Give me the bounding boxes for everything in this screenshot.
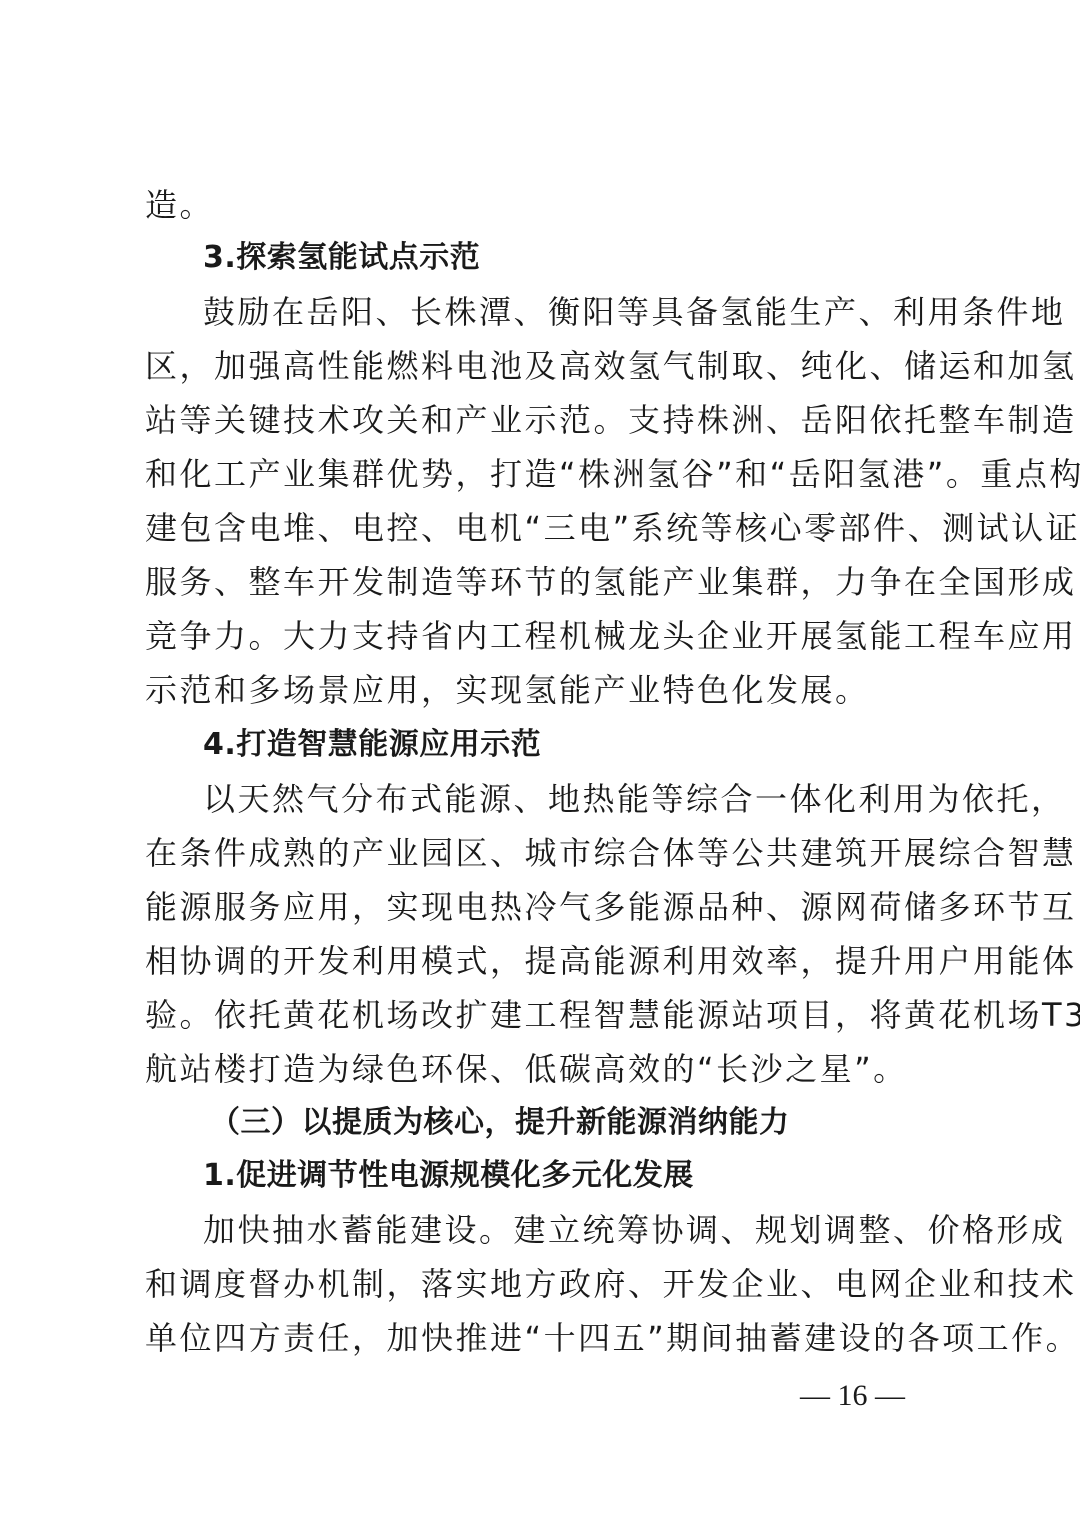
subheading-smart-energy: 4.打造智慧能源应用示范 [203,718,943,772]
paragraph-line: 服务、整车开发制造等环节的氢能产业集群，力争在全国形成 [145,555,945,609]
paragraph-line: 验。依托黄花机场改扩建工程智慧能源站项目，将黄花机场T3 [145,988,945,1042]
paragraph-line: 航站楼打造为绿色环保、低碳高效的“长沙之星”。 [145,1042,945,1096]
page-number: — 16 — [800,1378,905,1414]
paragraph-line: 相协调的开发利用模式，提高能源利用效率，提升用户用能体 [145,934,945,988]
subheading-regulating-power: 1.促进调节性电源规模化多元化发展 [203,1149,943,1203]
section-heading-3: （三）以提质为核心，提升新能源消纳能力 [210,1096,1010,1150]
paragraph-line: 站等关键技术攻关和产业示范。支持株洲、岳阳依托整车制造 [145,393,945,447]
paragraph-line: 建包含电堆、电控、电机“三电”系统等核心零部件、测试认证 [145,501,945,555]
paragraph-line: 能源服务应用，实现电热冷气多能源品种、源网荷储多环节互 [145,880,945,934]
paragraph-line: 鼓励在岳阳、长株潭、衡阳等具备氢能生产、利用条件地 [203,285,943,339]
paragraph-line: 造。 [145,178,945,232]
paragraph-line: 区，加强高性能燃料电池及高效氢气制取、纯化、储运和加氢 [145,339,945,393]
paragraph-line: 加快抽水蓄能建设。建立统筹协调、规划调整、价格形成 [203,1203,943,1257]
document-page: 造。 3.探索氢能试点示范 鼓励在岳阳、长株潭、衡阳等具备氢能生产、利用条件地 … [0,0,1080,1526]
paragraph-line: 示范和多场景应用，实现氢能产业特色化发展。 [145,663,945,717]
paragraph-line: 在条件成熟的产业园区、城市综合体等公共建筑开展综合智慧 [145,826,945,880]
subheading-hydrogen-pilot: 3.探索氢能试点示范 [203,231,943,285]
paragraph-line: 单位四方责任，加快推进“十四五”期间抽蓄建设的各项工作。 [145,1311,945,1365]
paragraph-line: 以天然气分布式能源、地热能等综合一体化利用为依托， [203,772,943,826]
paragraph-line: 和调度督办机制，落实地方政府、开发企业、电网企业和技术 [145,1257,945,1311]
paragraph-line: 竞争力。大力支持省内工程机械龙头企业开展氢能工程车应用 [145,609,945,663]
paragraph-line: 和化工产业集群优势，打造“株洲氢谷”和“岳阳氢港”。重点构 [145,447,945,501]
